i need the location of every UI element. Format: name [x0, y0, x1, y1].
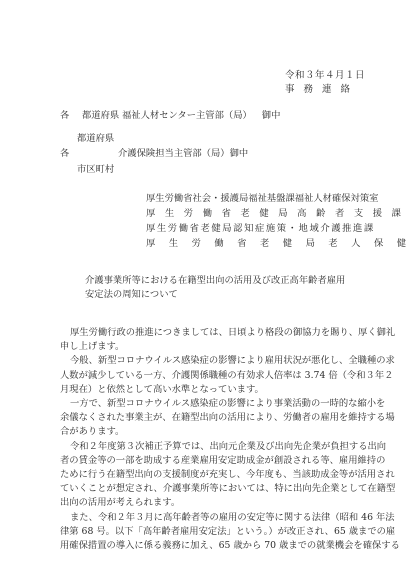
body-line: 余儀なくされた事業主が、在籍型出向の活用により、労働者の雇用を維持する場 — [60, 409, 395, 423]
subject-line: 介護事業所等における在籍型出向の活用及び改正高年齢者雇用 — [85, 272, 345, 286]
body-line: ために行う在籍型出向の支援制度が充実し、今年度も、当該助成金等が活用され — [60, 466, 395, 480]
addressee-honorific: 御中 — [262, 107, 281, 121]
addressee-2-organization-line-2: 市区町村 — [77, 161, 114, 175]
body-line: 申し上げます。 — [60, 338, 124, 352]
subject-line: 安定法の周知について — [85, 286, 178, 300]
sender-line: 厚生労働省社会・援護局福祉基盤課福祉人材確保対策室 — [146, 190, 378, 204]
sender-line: 厚生労働省老健局高齢者支援課 — [146, 205, 411, 219]
body-line: 令和２年度第３次補正予算では、出向元企業及び出向先企業が負担する出向 — [60, 438, 386, 452]
body-line: ていくことが想定され、介護事業所等においては、特に出向先企業として在籍型 — [60, 480, 395, 494]
body-line: また、令和２年３月に高年齢者等の雇用の安定等に関する法律（昭和 46 年法 — [60, 509, 395, 523]
body-line: 今般、新型コロナウイルス感染症の影響により雇用状況が悪化し、全職種の求 — [60, 352, 395, 366]
body-line: 律第 68 号。以下「高年齢者雇用安定法」という。）が改正され、65 歳までの雇 — [60, 523, 395, 537]
addressee-1: 各都道府県福祉人材センター主管部（局）御中 — [60, 107, 280, 121]
sender-line: 厚生労働省老健局認知症施策・地域介護推進課 — [146, 220, 375, 234]
addressee-prefix: 各 — [60, 107, 82, 121]
body-line: 者の賃金等の一部を助成する産業雇用安定助成金が創設される等、雇用維持の — [60, 452, 385, 466]
addressee-organization: 都道府県 — [82, 107, 122, 121]
addressee-2-department: 介護保険担当主管部（局）御中 — [118, 145, 248, 159]
body-line: 用確保措置の導入に係る義務に加え、65 歳から 70 歳までの就業機会を確保する — [60, 537, 400, 551]
body-line: 合があります。 — [60, 423, 124, 437]
notice-type: 事務連絡 — [285, 81, 359, 95]
body-line: 月現在）と依然として高い水準となっています。 — [60, 381, 264, 395]
body-line: 厚生労働行政の推進につきましては、日頃より格段の御協力を賜り、厚く御礼 — [60, 324, 395, 338]
addressee-2-organization-line-1: 都道府県 — [77, 130, 114, 144]
addressee-department: 福祉人材センター主管部（局） — [122, 107, 252, 121]
body-line: 出向の活用が考えられます。 — [60, 494, 180, 508]
body-line: 一方で、新型コロナウイルス感染症の影響により事業活動の一時的な縮小を — [60, 395, 385, 409]
addressee-2-prefix: 各 — [60, 145, 69, 159]
sender-line: 厚生労働省老健局老人保健課 — [146, 235, 413, 249]
body-line: 人数が減少している一方、介護関係職種の有効求人倍率は 3.74 倍（令和３年２ — [60, 367, 393, 381]
issue-date: 令和３年４月１日 — [285, 67, 365, 81]
